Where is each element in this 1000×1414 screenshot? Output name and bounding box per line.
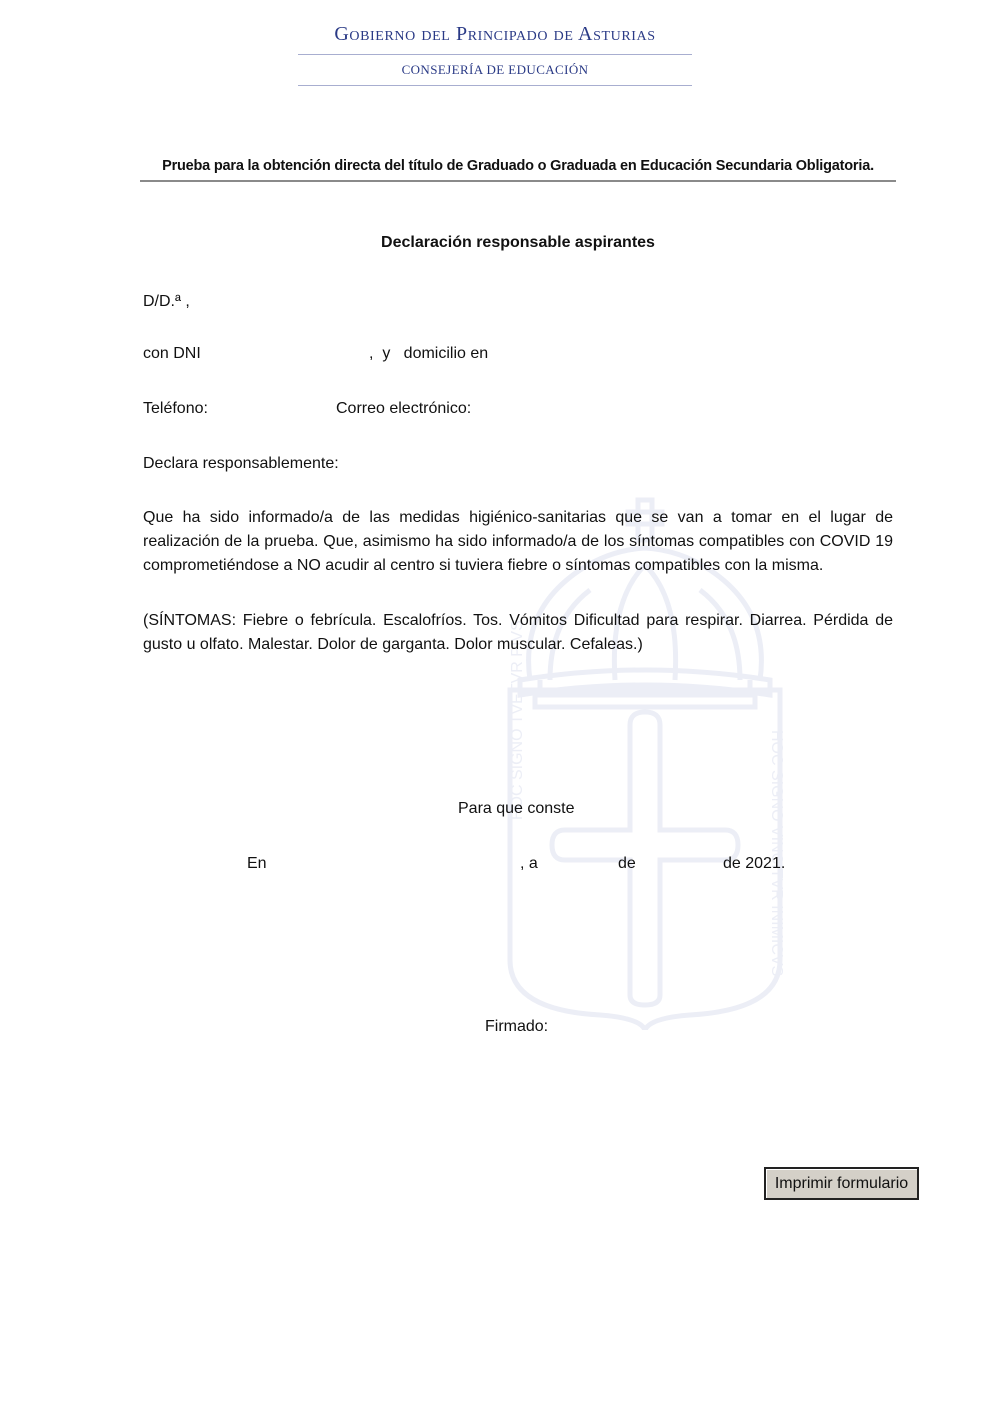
government-name: Gobierno del Principado de Asturias xyxy=(298,20,692,48)
para-que-conste: Para que conste xyxy=(458,797,575,821)
year-label: de 2021. xyxy=(723,852,785,876)
cross-icon xyxy=(552,712,738,1005)
phone-label: Teléfono: xyxy=(143,397,208,421)
print-form-button[interactable]: Imprimir formulario xyxy=(764,1167,919,1200)
information-paragraph: Que ha sido informado/a de las medidas h… xyxy=(143,506,893,578)
document-title: Declaración responsable aspirantes xyxy=(140,234,896,252)
day-label: , a xyxy=(520,852,538,876)
subtitle-divider xyxy=(140,180,896,182)
exam-subtitle: Prueba para la obtención directa del tít… xyxy=(140,158,896,174)
address-label: , y domicilio en xyxy=(369,342,488,366)
place-label: En xyxy=(247,852,267,876)
department-name: CONSEJERÍA DE EDUCACIÓN xyxy=(298,55,692,85)
letterhead-divider-bottom xyxy=(298,85,692,86)
month-label: de xyxy=(618,852,636,876)
dni-label: con DNI xyxy=(143,342,201,366)
symptoms-paragraph: (SÍNTOMAS: Fiebre o febrícula. Escalofrí… xyxy=(143,609,893,657)
letterhead: Gobierno del Principado de Asturias CONS… xyxy=(298,20,692,86)
signed-label: Firmado: xyxy=(485,1015,548,1039)
declares-label: Declara responsablemente: xyxy=(143,452,339,476)
email-label: Correo electrónico: xyxy=(336,397,471,421)
name-label: D/D.ª , xyxy=(143,290,190,314)
